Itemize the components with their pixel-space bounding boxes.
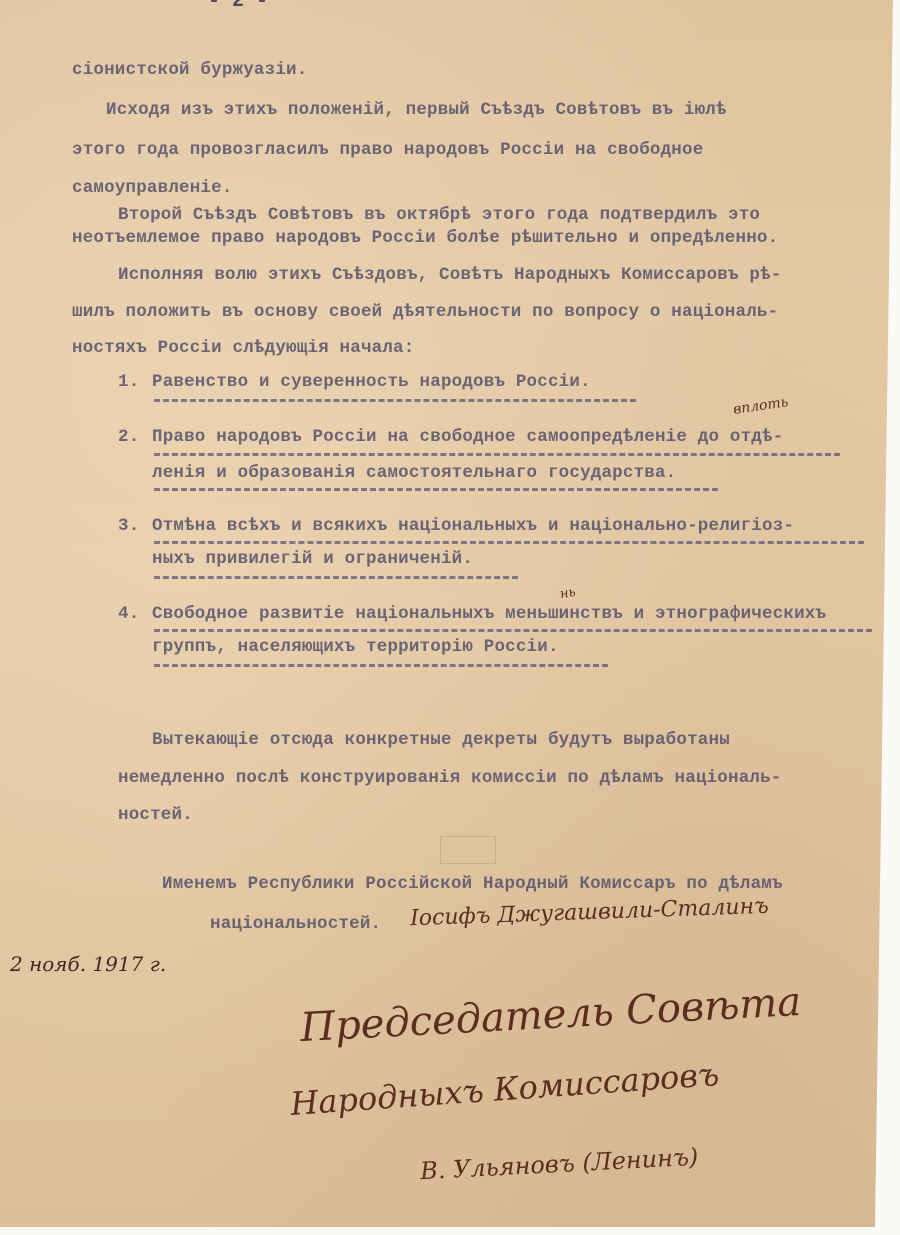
principle-2-number: 2. xyxy=(118,427,139,447)
principle-1-text: Равенство и суверенность народовъ Россіи… xyxy=(152,372,591,392)
text-line: шилъ положить въ основу своей дѣятельнос… xyxy=(72,302,778,322)
principle-4-text-cont: группъ, населяющихъ территорію Россіи. xyxy=(152,637,559,657)
principle-3-number: 3. xyxy=(118,516,139,536)
text-line: ностяхъ Россіи слѣдующія начала: xyxy=(72,338,414,358)
principle-4-number: 4. xyxy=(118,604,139,624)
underline xyxy=(154,453,840,456)
handwritten-insert: нь xyxy=(559,585,577,602)
text-line: этого года провозгласилъ право народовъ … xyxy=(72,140,703,160)
underline xyxy=(154,629,872,632)
principle-3-text: Отмѣна всѣхъ и всякихъ національныхъ и н… xyxy=(152,516,794,536)
text-line: Исходя изъ этихъ положеній, первый Съѣзд… xyxy=(106,100,727,120)
text-line: самоуправленіе. xyxy=(72,178,233,198)
text-line: ностей. xyxy=(118,805,193,825)
underline xyxy=(154,576,518,579)
principle-2-text: Право народовъ Россіи на свободное самоо… xyxy=(152,427,783,447)
underline xyxy=(154,664,608,667)
text-line: немедленно послѣ конструированія комиссі… xyxy=(118,768,782,788)
underline xyxy=(154,488,718,491)
text-line: неотъемлемое право народовъ Россіи болѣе… xyxy=(72,228,778,248)
text-line: сіонистской буржуазіи. xyxy=(72,60,307,80)
text-line: Вытекающіе отсюда конкретные декреты буд… xyxy=(152,730,730,750)
signature-block-line2: національностей. xyxy=(210,914,381,934)
text-line: Второй Съѣздъ Совѣтовъ въ октябрѣ этого … xyxy=(118,205,760,225)
principle-1-number: 1. xyxy=(118,372,139,392)
handwritten-date: 2 нояб. 1917 г. xyxy=(10,952,166,976)
principle-4-text: Свободное развитіе національныхъ меньшин… xyxy=(152,604,826,624)
page-number: - 2 - xyxy=(208,0,268,13)
underline xyxy=(154,541,864,544)
text-line: Исполняя волю этихъ Съѣздовъ, Совѣтъ Нар… xyxy=(118,265,782,285)
faint-stamp xyxy=(440,836,496,864)
signature-block-line1: Именемъ Республики Россійской Народный К… xyxy=(162,874,783,894)
principle-3-text-cont: ныхъ привилегій и ограниченій. xyxy=(152,549,473,569)
principle-2-text-cont: ленія и образованія самостоятельнаго гос… xyxy=(152,463,676,483)
underline xyxy=(154,399,636,402)
